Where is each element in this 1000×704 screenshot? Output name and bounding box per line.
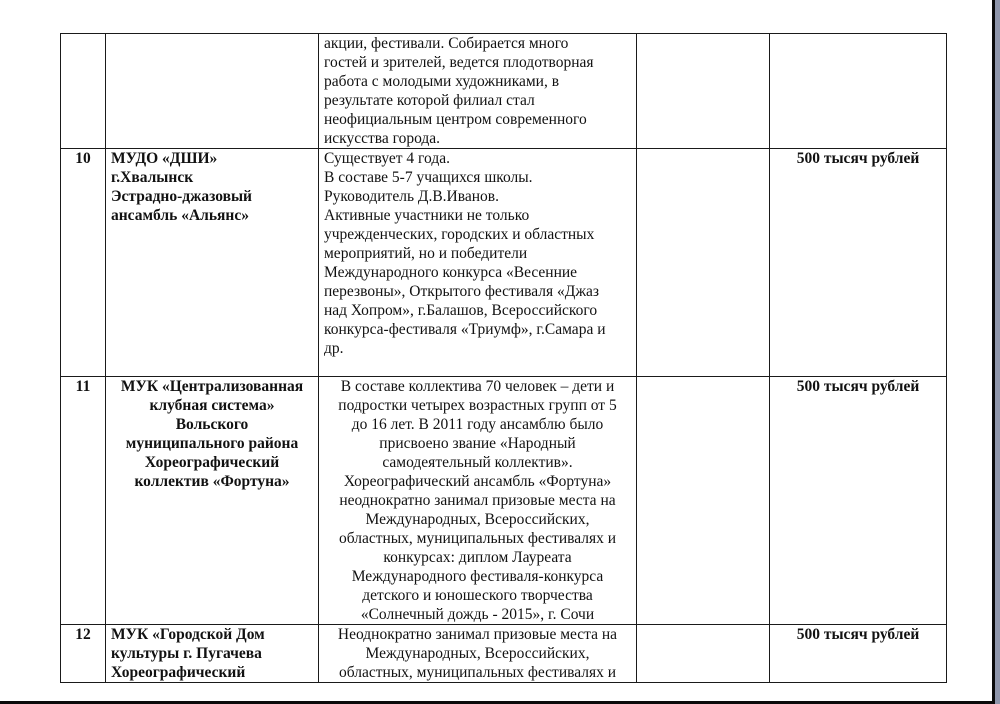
- text-line: В составе коллектива 70 человек – дети и: [324, 377, 631, 396]
- text-line: культуры г. Пугачева: [111, 644, 313, 663]
- text-line: неофициальным центром современного: [324, 110, 631, 129]
- text-line: Руководитель Д.В.Иванов.: [324, 187, 631, 206]
- text-line: Эстрадно-джазовый: [111, 187, 313, 206]
- text-line: работа с молодыми художниками, в: [324, 72, 631, 91]
- amount-cell: 500 тысяч рублей: [770, 149, 947, 377]
- text-line: «Солнечный дождь - 2015», г. Сочи: [324, 605, 631, 624]
- text-line: мероприятий, но и победители: [324, 244, 631, 263]
- text-line: самодеятельный коллектив».: [324, 453, 631, 472]
- description-cell: Существует 4 года.В составе 5-7 учащихся…: [319, 149, 637, 377]
- document-table: акции, фестивали. Собирается многогостей…: [60, 33, 947, 683]
- empty-cell: [637, 34, 770, 149]
- text-line: Международных, Всероссийских,: [324, 644, 631, 663]
- description-cell: В составе коллектива 70 человек – дети и…: [319, 377, 637, 625]
- organization-cell: МУДО «ДШИ»г.ХвалынскЭстрадно-джазовыйанс…: [106, 149, 319, 377]
- table-row: акции, фестивали. Собирается многогостей…: [61, 34, 947, 149]
- text-line: Хореографический: [111, 663, 313, 682]
- empty-cell: [637, 377, 770, 625]
- text-line: коллектив «Фортуна»: [111, 472, 313, 491]
- amount-cell: 500 тысяч рублей: [770, 377, 947, 625]
- text-line: Хореографический: [111, 453, 313, 472]
- row-number: 11: [61, 377, 106, 625]
- text-line: др.: [324, 339, 631, 358]
- text-line: до 16 лет. В 2011 году ансамблю было: [324, 415, 631, 434]
- text-line: над Хопром», г.Балашов, Всероссийского: [324, 301, 631, 320]
- text-line: неоднократно занимал призовые места на: [324, 491, 631, 510]
- text-line: Международных, Всероссийских,: [324, 510, 631, 529]
- text-line: клубная система»: [111, 396, 313, 415]
- description-cell: Неоднократно занимал призовые места наМе…: [319, 625, 637, 683]
- organization-cell: МУК «Городской Домкультуры г. ПугачеваХо…: [106, 625, 319, 683]
- text-line: Неоднократно занимал призовые места на: [324, 625, 631, 644]
- text-line: Активные участники не только: [324, 206, 631, 225]
- row-number: [61, 34, 106, 149]
- row-number: 10: [61, 149, 106, 377]
- text-line: учрежденческих, городских и областных: [324, 225, 631, 244]
- text-line: присвоено звание «Народный: [324, 434, 631, 453]
- text-line: ансамбль «Альянс»: [111, 206, 313, 225]
- text-line: МУК «Городской Дом: [111, 625, 313, 644]
- text-line: подростки четырех возрастных групп от 5: [324, 396, 631, 415]
- text-line: муниципального района: [111, 434, 313, 453]
- text-line: детского и юношеского творчества: [324, 586, 631, 605]
- page-shadow-right: [995, 0, 1000, 704]
- empty-cell: [637, 149, 770, 377]
- text-line: конкурсах: диплом Лауреата: [324, 548, 631, 567]
- text-line: результате которой филиал стал: [324, 91, 631, 110]
- text-line: МУДО «ДШИ»: [111, 149, 313, 168]
- text-line: перезвоны», Открытого фестиваля «Джаз: [324, 282, 631, 301]
- amount-cell: [770, 34, 947, 149]
- text-line: Существует 4 года.: [324, 149, 631, 168]
- text-line: МУК «Централизованная: [111, 377, 313, 396]
- text-line: областных, муниципальных фестивалях и: [324, 663, 631, 682]
- amount-cell: 500 тысяч рублей: [770, 625, 947, 683]
- text-line: Вольского: [111, 415, 313, 434]
- text-line: гостей и зрителей, ведется плодотворная: [324, 53, 631, 72]
- organization-cell: [106, 34, 319, 149]
- text-line: В составе 5-7 учащихся школы.: [324, 168, 631, 187]
- text-line: конкурса-фестиваля «Триумф», г.Самара и: [324, 320, 631, 339]
- organization-cell: МУК «Централизованнаяклубная система»Вол…: [106, 377, 319, 625]
- text-line: Международного конкурса «Весенние: [324, 263, 631, 282]
- text-line: акции, фестивали. Собирается много: [324, 34, 631, 53]
- empty-cell: [637, 625, 770, 683]
- row-number: 12: [61, 625, 106, 683]
- description-cell: акции, фестивали. Собирается многогостей…: [319, 34, 637, 149]
- table-row: 10 МУДО «ДШИ»г.ХвалынскЭстрадно-джазовый…: [61, 149, 947, 377]
- text-line: Хореографический ансамбль «Фортуна»: [324, 472, 631, 491]
- text-line: областных, муниципальных фестивалях и: [324, 529, 631, 548]
- text-line: искусства города.: [324, 129, 631, 148]
- text-line: г.Хвалынск: [111, 168, 313, 187]
- text-line: Международного фестиваля-конкурса: [324, 567, 631, 586]
- table-row: 11 МУК «Централизованнаяклубная система»…: [61, 377, 947, 625]
- table-row: 12 МУК «Городской Домкультуры г. Пугачев…: [61, 625, 947, 683]
